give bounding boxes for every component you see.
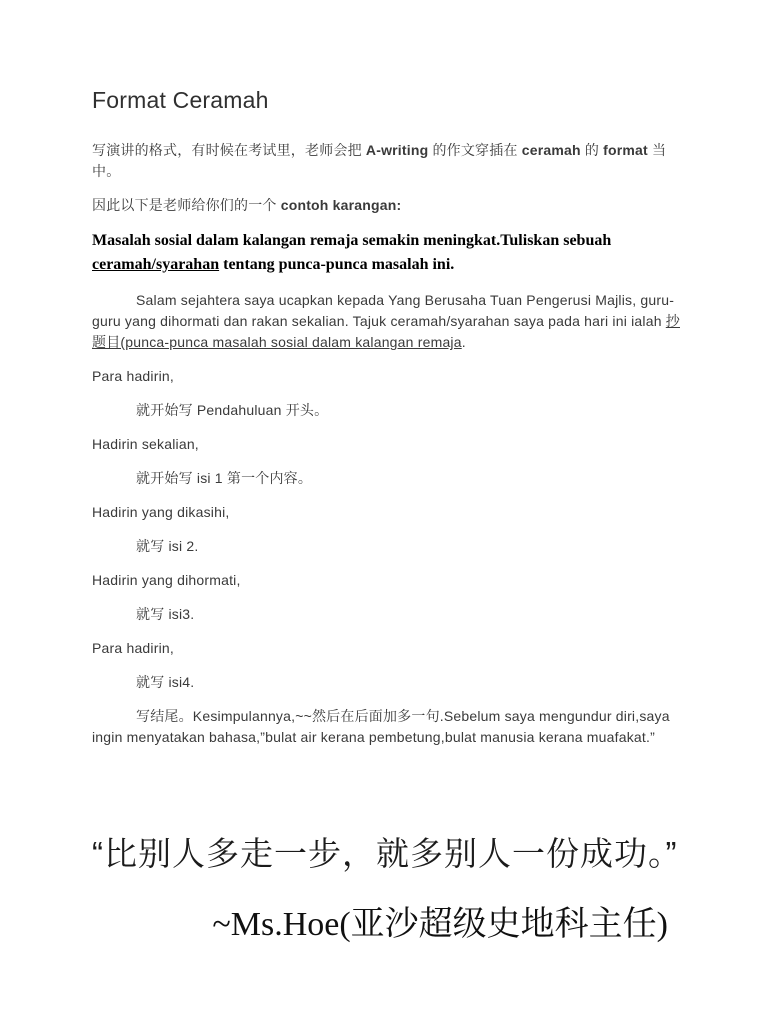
paragraph-address-2: Hadirin sekalian, [92, 434, 692, 455]
paragraph-conclusion: 写结尾。Kesimpulannya,~~然后在后面加多一句.Sebelum sa… [92, 706, 692, 748]
paragraph-instruction-2: 就开始写 isi 1 第一个内容。 [92, 468, 692, 489]
paragraph-intro-2: 因此以下是老师给你们的一个 contoh karangan: [92, 195, 692, 216]
paragraph-salutation: Salam sejahtera saya ucapkan kepada Yang… [92, 290, 692, 353]
text-run: 因此以下是老师给你们的一个 [92, 197, 281, 213]
closing-signature: ~Ms.Hoe(亚沙超级史地科主任) [92, 902, 692, 948]
text-run: 就写 isi3. [136, 606, 194, 622]
text-run: 写结尾。Kesimpulannya,~~然后在后面加多一句.Sebelum sa… [92, 708, 670, 745]
text-run: 就开始写 isi 1 第一个内容。 [136, 470, 312, 486]
text-run: format [603, 142, 648, 158]
text-run: 就开始写 Pendahuluan 开头。 [136, 402, 328, 418]
text-run: Hadirin yang dikasihi, [92, 504, 229, 520]
paragraph-instruction-3: 就写 isi 2. [92, 536, 692, 557]
closing-quote: “比别人多走一步，就多别人一份成功。” [92, 832, 692, 876]
page-title: Format Ceramah [92, 84, 692, 116]
paragraph-address-1: Para hadirin, [92, 366, 692, 387]
paragraph-instruction-5: 就写 isi4. [92, 672, 692, 693]
text-run: 就写 isi4. [136, 674, 194, 690]
text-run: Salam sejahtera saya ucapkan kepada Yang… [92, 292, 674, 329]
text-run: 的作文穿插在 [428, 142, 521, 158]
paragraph-instruction-4: 就写 isi3. [92, 604, 692, 625]
text-run: Masalah sosial dalam kalangan remaja sem… [92, 232, 611, 249]
text-run: Para hadirin, [92, 640, 174, 656]
text-run: ceramah [522, 142, 581, 158]
paragraph-intro-1: 写演讲的格式，有时候在考试里，老师会把 A-writing 的作文穿插在 cer… [92, 140, 692, 182]
text-run: . [462, 334, 466, 350]
text-run: A-writing [366, 142, 428, 158]
paragraph-address-3: Hadirin yang dikasihi, [92, 502, 692, 523]
paragraph-instruction-1: 就开始写 Pendahuluan 开头。 [92, 400, 692, 421]
document-content: Format Ceramah 写演讲的格式，有时候在考试里，老师会把 A-wri… [92, 0, 692, 948]
text-run: contoh karangan: [281, 197, 402, 213]
paragraph-assignment-prompt: Masalah sosial dalam kalangan remaja sem… [92, 229, 692, 277]
text-run: 的 [581, 142, 603, 158]
text-run: Hadirin yang dihormati, [92, 572, 241, 588]
document-page: Format Ceramah 写演讲的格式，有时候在考试里，老师会把 A-wri… [0, 0, 768, 1024]
text-run: tentang punca-punca masalah ini. [219, 256, 454, 273]
text-run: 写演讲的格式，有时候在考试里，老师会把 [92, 142, 366, 158]
text-run: Hadirin sekalian, [92, 436, 199, 452]
text-run: 就写 isi 2. [136, 538, 198, 554]
paragraph-address-4: Hadirin yang dihormati, [92, 570, 692, 591]
text-run: ceramah/syarahan [92, 256, 219, 273]
text-run: Para hadirin, [92, 368, 174, 384]
paragraph-address-5: Para hadirin, [92, 638, 692, 659]
